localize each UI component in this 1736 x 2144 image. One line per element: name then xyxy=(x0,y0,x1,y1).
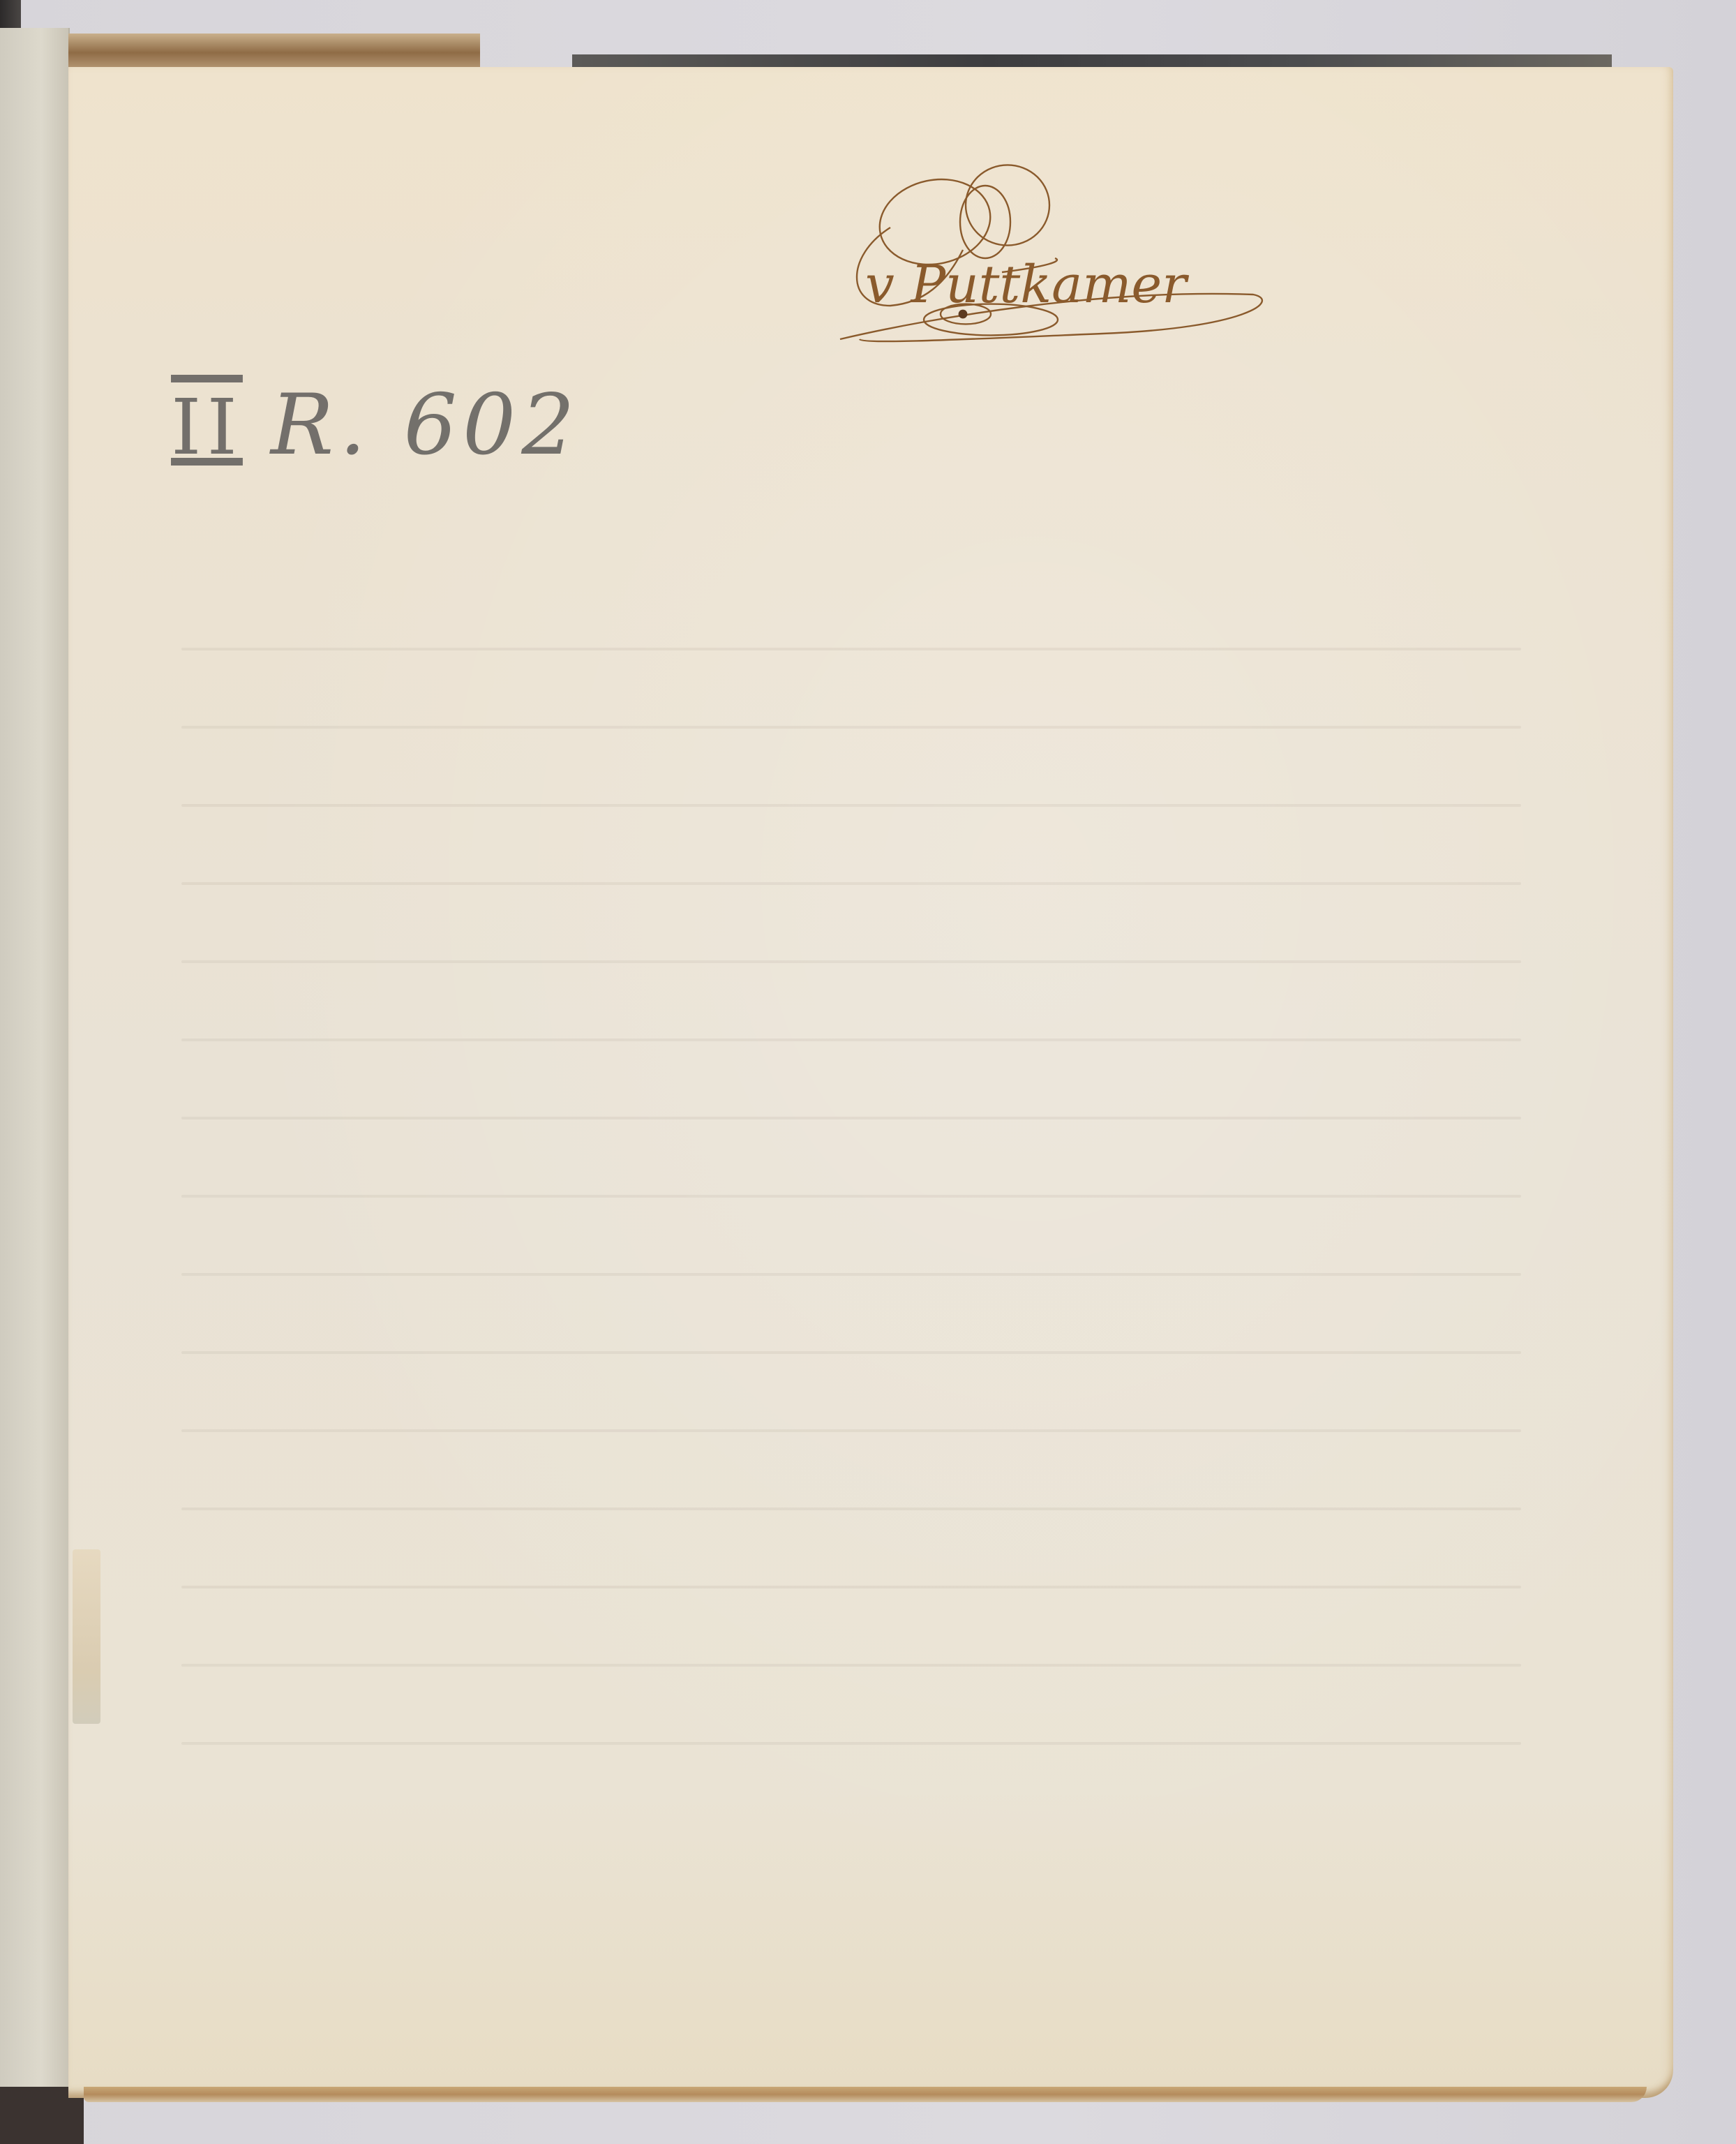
shelfmark-number: R. 602 xyxy=(271,377,581,474)
shelfmark-roman: II xyxy=(171,382,243,472)
binding-tab xyxy=(68,33,480,68)
shelfmark: IIR. 602 xyxy=(171,377,581,474)
spine-repair-patch xyxy=(73,1549,100,1724)
show-through-text xyxy=(181,572,1521,1801)
left-flyleaf xyxy=(0,28,70,2094)
signature-name: v Puttkamer xyxy=(865,255,1187,315)
page-bottom-edge xyxy=(84,2087,1647,2102)
